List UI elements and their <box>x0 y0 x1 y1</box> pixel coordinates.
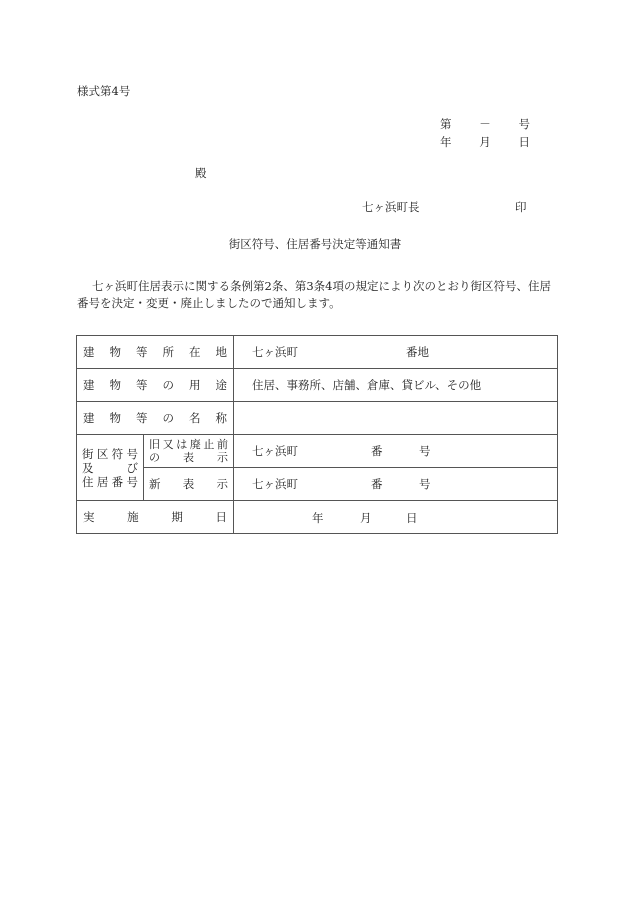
table-row-old-display: 街 区 符 号 及 び 住 居 番 号 旧 <box>77 435 558 468</box>
old-town: 七ヶ浜町 <box>252 444 298 458</box>
value-location[interactable]: 七ヶ浜町 番地 <box>234 336 558 369</box>
value-usage[interactable]: 住居、事務所、店舗、倉庫、貸ビル、その他 <box>234 369 558 402</box>
value-name[interactable] <box>234 402 558 435</box>
old-go: 号 <box>419 443 431 459</box>
label-block-and-house-number: 街 区 符 号 及 び 住 居 番 号 <box>77 435 144 501</box>
body-text: 七ヶ浜町住居表示に関する条例第2条、第3条4項の規定により次のとおり街区符号、住… <box>77 278 555 312</box>
new-go: 号 <box>419 476 431 492</box>
impl-month: 月 <box>360 510 372 526</box>
table-row-name: 建 物 等 の 名 称 <box>77 402 558 435</box>
value-new-display[interactable]: 七ヶ浜町 番 号 <box>234 468 558 501</box>
issue-date-day: 日 <box>519 135 531 149</box>
seal-mark: 印 <box>515 200 527 214</box>
document-title: 街区符号、住居番号決定等通知書 <box>0 237 630 251</box>
location-town: 七ヶ浜町 <box>252 345 298 359</box>
table-row-location: 建 物 等 所 在 地 七ヶ浜町 番地 <box>77 336 558 369</box>
notification-table: 建 物 等 所 在 地 七ヶ浜町 番地 建 物 等 の 用 途 <box>76 335 558 534</box>
addressee: 殿 <box>195 166 207 180</box>
issue-number-dash: － <box>479 117 491 131</box>
label-name: 建 物 等 の 名 称 <box>77 402 234 435</box>
value-implementation-date[interactable]: 年 月 日 <box>234 501 558 534</box>
issue-date-year: 年 <box>440 135 452 149</box>
old-ban: 番 <box>371 443 383 459</box>
label-location: 建 物 等 所 在 地 <box>77 336 234 369</box>
issue-number-suffix: 号 <box>519 117 531 131</box>
label-implementation-date: 実 施 期 日 <box>77 501 234 534</box>
new-town: 七ヶ浜町 <box>252 477 298 491</box>
value-old-display[interactable]: 七ヶ浜町 番 号 <box>234 435 558 468</box>
table-row-usage: 建 物 等 の 用 途 住居、事務所、店舗、倉庫、貸ビル、その他 <box>77 369 558 402</box>
label-old-display: 旧 又 は 廃 止 前 の 表 示 <box>144 435 234 468</box>
issue-date-month: 月 <box>479 135 491 149</box>
impl-year: 年 <box>312 510 324 526</box>
label-new-display: 新 表 示 <box>144 468 234 501</box>
new-ban: 番 <box>371 476 383 492</box>
location-banchi: 番地 <box>406 344 429 360</box>
label-usage: 建 物 等 の 用 途 <box>77 369 234 402</box>
issue-number: 第 － 号 <box>440 117 530 131</box>
table-row-new-display: 新 表 示 七ヶ浜町 番 号 <box>77 468 558 501</box>
table-row-implementation-date: 実 施 期 日 年 月 日 <box>77 501 558 534</box>
issue-date: 年 月 日 <box>440 135 530 149</box>
issue-number-prefix: 第 <box>440 117 452 131</box>
impl-day: 日 <box>406 510 418 526</box>
issuer: 七ヶ浜町長 <box>362 200 420 214</box>
form-number: 様式第4号 <box>77 84 130 98</box>
